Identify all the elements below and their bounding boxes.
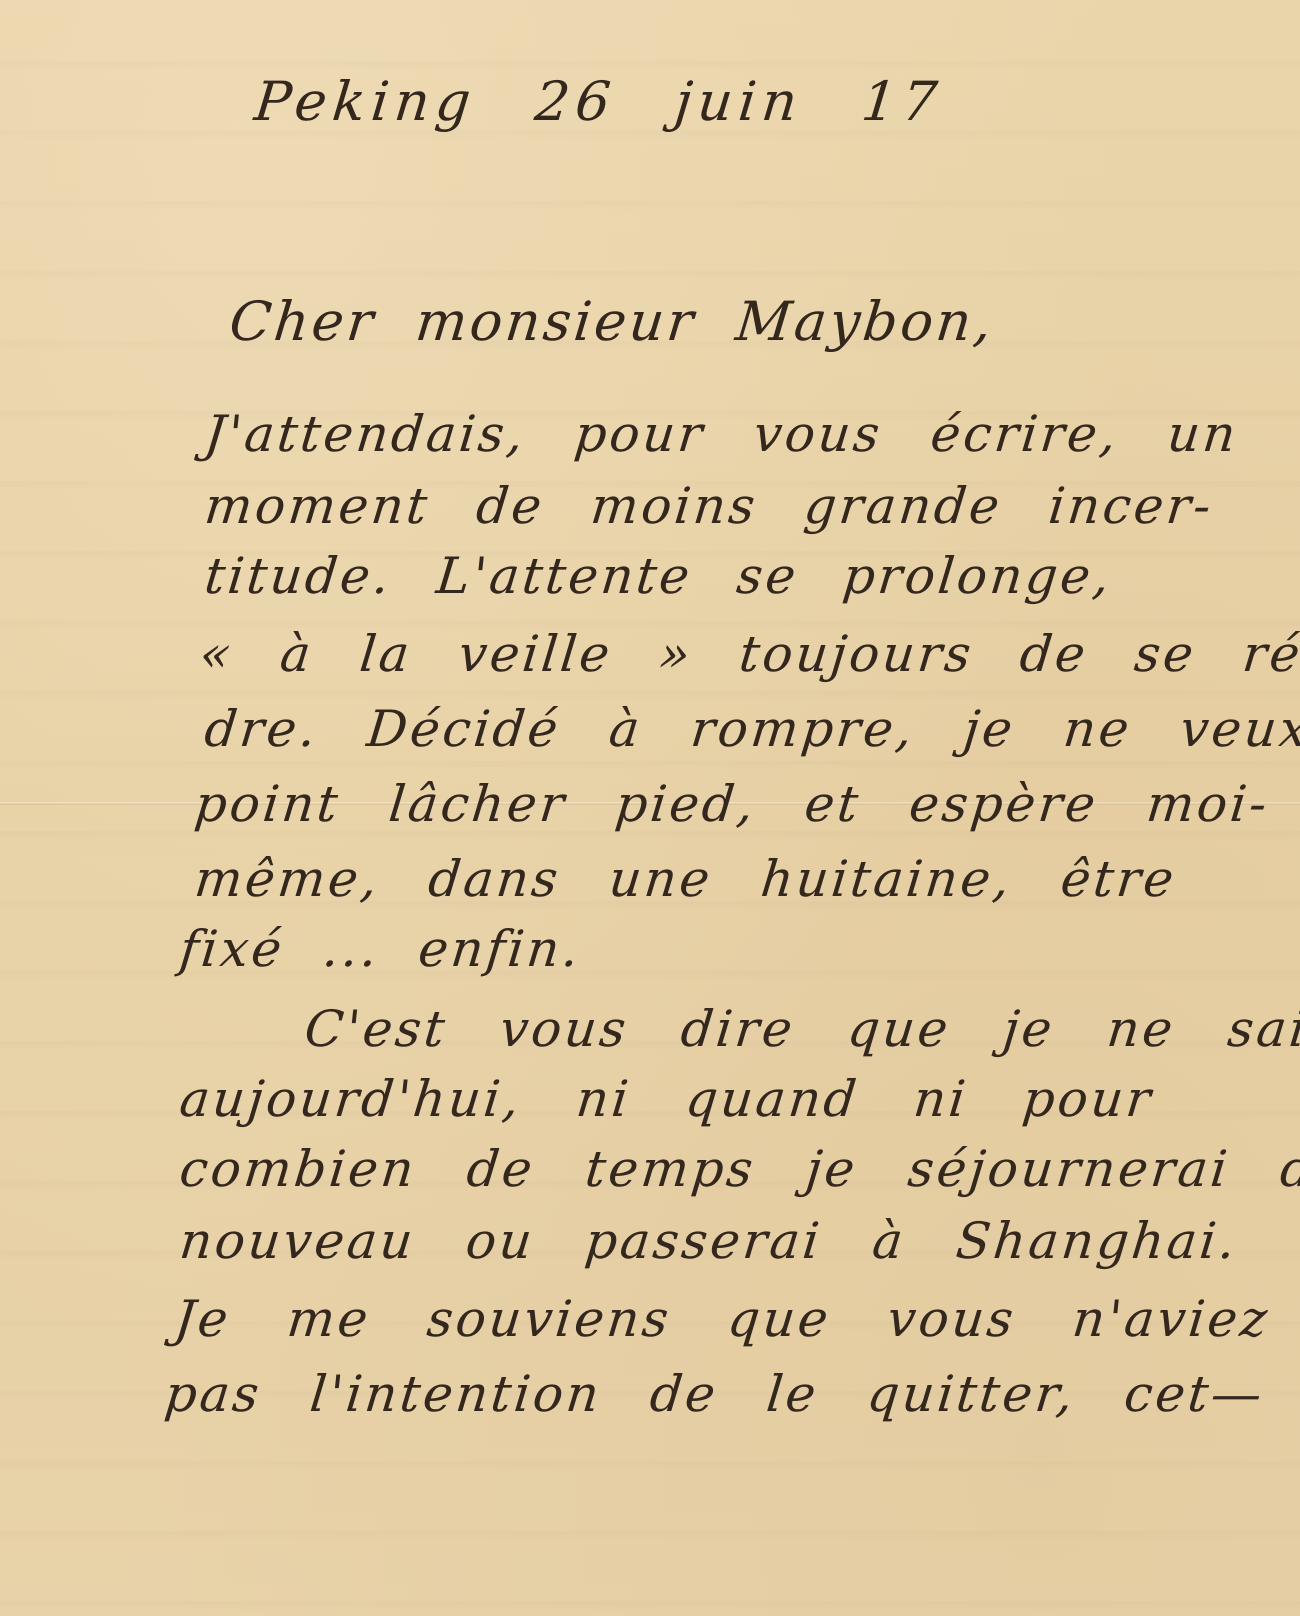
- letter-line: pas l'intention de le quitter, cet—: [162, 1365, 1267, 1423]
- letter-line: même, dans une huitaine, être: [192, 850, 1179, 908]
- letter-line: C'est vous dire que je ne sais,: [302, 1000, 1300, 1058]
- letter-line: fixé ... enfin.: [177, 920, 584, 978]
- letter-salutation: Cher monsieur Maybon,: [227, 290, 998, 353]
- letter-line: dre. Décidé à rompre, je ne veux: [202, 700, 1300, 758]
- letter-line: nouveau ou passerai à Shanghai.: [177, 1212, 1241, 1270]
- letter-line: combien de temps je séjournerai de: [177, 1140, 1300, 1198]
- letter-dateline: Peking 26 juin 17: [252, 70, 946, 133]
- letter-line: aujourd'hui, ni quand ni pour: [177, 1070, 1156, 1128]
- letter-line: titude. L'attente se prolonge,: [202, 547, 1115, 605]
- letter-line: moment de moins grande incer-: [202, 477, 1217, 535]
- letter-page: Peking 26 juin 17 Cher monsieur Maybon, …: [0, 0, 1300, 1616]
- letter-line: point lâcher pied, et espère moi-: [192, 775, 1272, 833]
- letter-line: « à la veille » toujours de se résou-: [197, 625, 1300, 683]
- letter-line: Je me souviens que vous n'aviez: [172, 1290, 1273, 1348]
- letter-line: J'attendais, pour vous écrire, un: [202, 405, 1241, 463]
